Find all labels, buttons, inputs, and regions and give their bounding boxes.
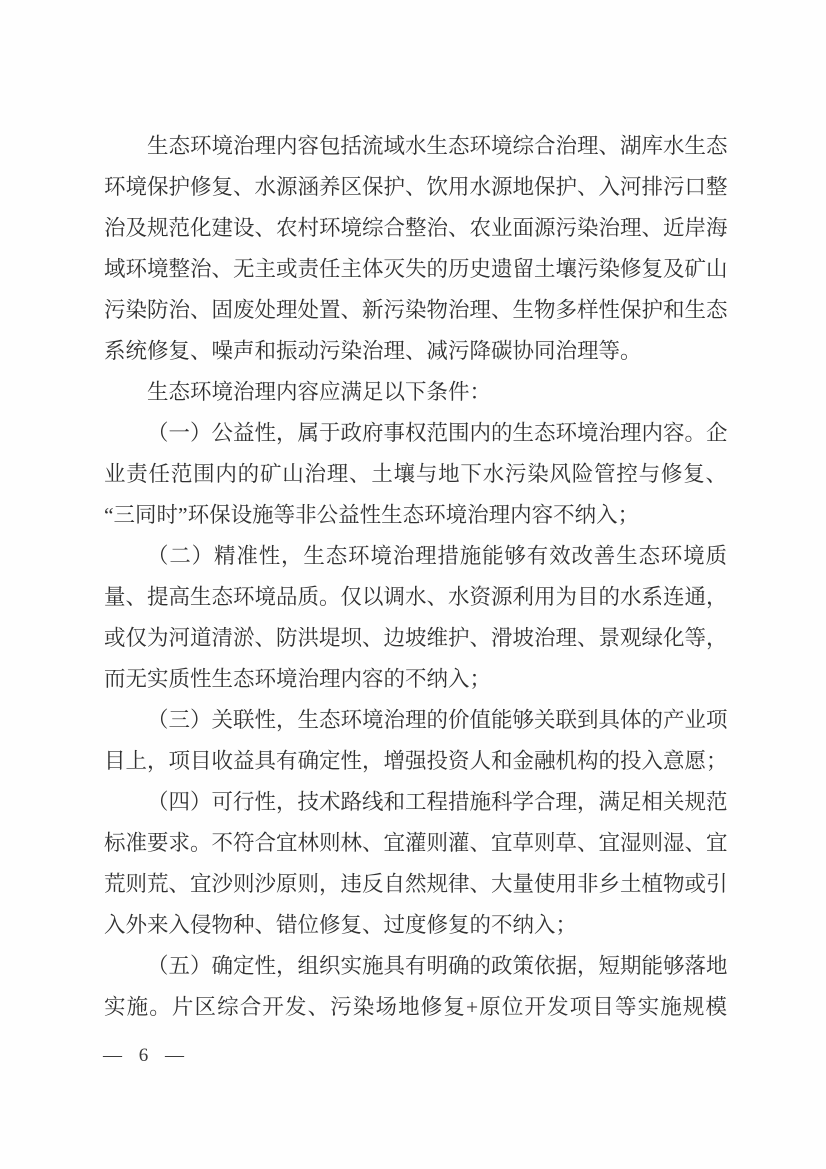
text-line: 标准要求。不符合宜林则林、宜灌则灌、宜草则草、宜湿则湿、宜 — [104, 823, 727, 864]
text-line: （四）可行性，技术路线和工程措施科学合理，满足相关规范 — [104, 782, 727, 823]
text-line: 或仅为河道清淤、防洪堤坝、边坡维护、滑坡治理、景观绿化等， — [104, 618, 727, 659]
text-line: 业责任范围内的矿山治理、土壤与地下水污染风险管控与修复、 — [104, 454, 727, 495]
text-line: 而无实质性生态环境治理内容的不纳入； — [104, 659, 727, 700]
text-line: 实施。片区综合开发、污染场地修复+原位开发项目等实施规模 — [104, 987, 727, 1028]
paragraph-conditions-intro: 生态环境治理内容应满足以下条件： — [104, 372, 727, 413]
text-line: 域环境整治、无主或责任主体灭失的历史遗留土壤污染修复及矿山 — [104, 249, 727, 290]
text-line: （三）关联性，生态环境治理的价值能够关联到具体的产业项 — [104, 700, 727, 741]
paragraph-condition-1-public-interest: （一）公益性，属于政府事权范围内的生态环境治理内容。企业责任范围内的矿山治理、土… — [104, 413, 727, 536]
text-line: 生态环境治理内容应满足以下条件： — [104, 372, 727, 413]
paragraph-condition-2-precision: （二）精准性，生态环境治理措施能够有效改善生态环境质量、提高生态环境品质。仅以调… — [104, 536, 727, 700]
document-body: 生态环境治理内容包括流域水生态环境综合治理、湖库水生态环境保护修复、水源涵养区保… — [104, 126, 727, 1028]
text-line: 入外来入侵物种、错位修复、过度修复的不纳入； — [104, 905, 727, 946]
page-number: — 6 — — [103, 1041, 185, 1071]
text-line: 系统修复、噪声和振动污染治理、减污降碳协同治理等。 — [104, 331, 727, 372]
paragraph-condition-4-feasibility: （四）可行性，技术路线和工程措施科学合理，满足相关规范标准要求。不符合宜林则林、… — [104, 782, 727, 946]
text-line: 污染防治、固废处理处置、新污染物治理、生物多样性保护和生态 — [104, 290, 727, 331]
text-line: “三同时”环保设施等非公益性生态环境治理内容不纳入； — [104, 495, 727, 536]
text-line: 目上，项目收益具有确定性，增强投资人和金融机构的投入意愿； — [104, 741, 727, 782]
text-line: （一）公益性，属于政府事权范围内的生态环境治理内容。企 — [104, 413, 727, 454]
paragraph-condition-3-relevance: （三）关联性，生态环境治理的价值能够关联到具体的产业项目上，项目收益具有确定性，… — [104, 700, 727, 782]
text-line: 生态环境治理内容包括流域水生态环境综合治理、湖库水生态 — [104, 126, 727, 167]
paragraph-condition-5-certainty: （五）确定性，组织实施具有明确的政策依据，短期能够落地实施。片区综合开发、污染场… — [104, 946, 727, 1028]
paragraph-governance-scope: 生态环境治理内容包括流域水生态环境综合治理、湖库水生态环境保护修复、水源涵养区保… — [104, 126, 727, 372]
text-line: 荒则荒、宜沙则沙原则，违反自然规律、大量使用非乡土植物或引 — [104, 864, 727, 905]
text-line: （二）精准性，生态环境治理措施能够有效改善生态环境质 — [104, 536, 727, 577]
document-page: 生态环境治理内容包括流域水生态环境综合治理、湖库水生态环境保护修复、水源涵养区保… — [0, 0, 826, 1169]
text-line: 量、提高生态环境品质。仅以调水、水资源利用为目的水系连通， — [104, 577, 727, 618]
text-line: （五）确定性，组织实施具有明确的政策依据，短期能够落地 — [104, 946, 727, 987]
text-line: 环境保护修复、水源涵养区保护、饮用水源地保护、入河排污口整 — [104, 167, 727, 208]
text-line: 治及规范化建设、农村环境综合整治、农业面源污染治理、近岸海 — [104, 208, 727, 249]
